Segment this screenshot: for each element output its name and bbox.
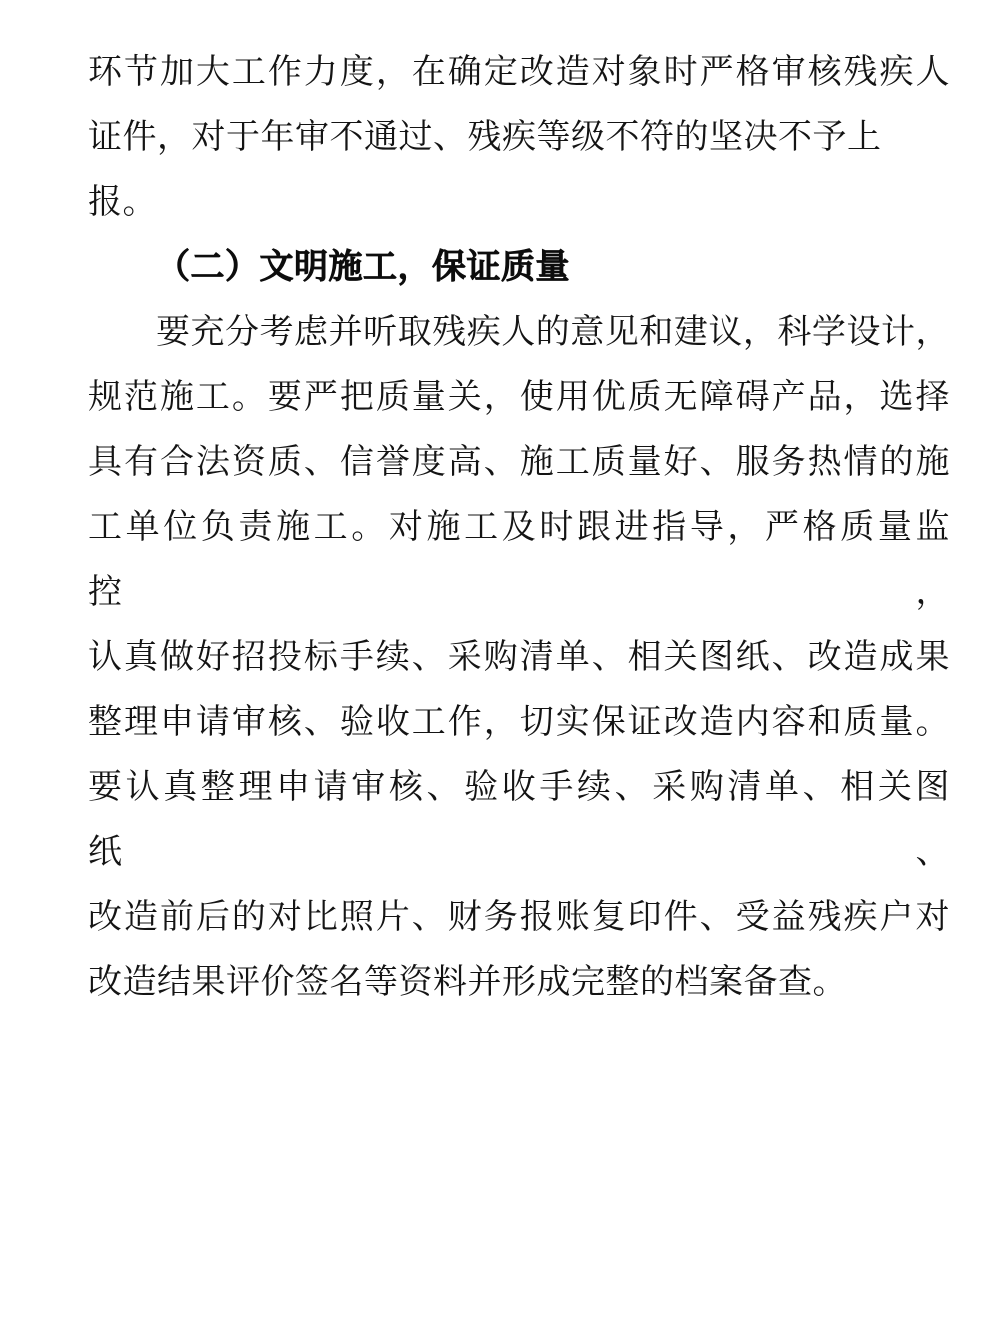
text-line: 证件，对于年审不通过、残疾等级不符的坚决不予上报。 bbox=[88, 105, 950, 235]
text-line: 认真做好招投标手续、采购清单、相关图纸、改造成果 bbox=[88, 625, 950, 690]
document-page: 环节加大工作力度，在确定改造对象时严格审核残疾人证件，对于年审不通过、残疾等级不… bbox=[0, 0, 1000, 1324]
text-line: 要充分考虑并听取残疾人的意见和建议，科学设计， bbox=[88, 300, 950, 365]
text-line: 整理申请审核、验收工作，切实保证改造内容和质量。 bbox=[88, 690, 950, 755]
text-line: 工单位负责施工。对施工及时跟进指导，严格质量监控， bbox=[88, 495, 950, 625]
text-line: 要认真整理申请审核、验收手续、采购清单、相关图纸、 bbox=[88, 755, 950, 885]
text-line: 规范施工。要严把质量关，使用优质无障碍产品，选择 bbox=[88, 365, 950, 430]
document-content: 环节加大工作力度，在确定改造对象时严格审核残疾人证件，对于年审不通过、残疾等级不… bbox=[88, 40, 950, 1015]
text-line: 改造前后的对比照片、财务报账复印件、受益残疾户对 bbox=[88, 885, 950, 950]
section-heading-line: （二）文明施工，保证质量 bbox=[88, 235, 950, 300]
text-line: 改造结果评价签名等资料并形成完整的档案备查。 bbox=[88, 950, 950, 1015]
text-line: 具有合法资质、信誉度高、施工质量好、服务热情的施 bbox=[88, 430, 950, 495]
text-line: 环节加大工作力度，在确定改造对象时严格审核残疾人 bbox=[88, 40, 950, 105]
